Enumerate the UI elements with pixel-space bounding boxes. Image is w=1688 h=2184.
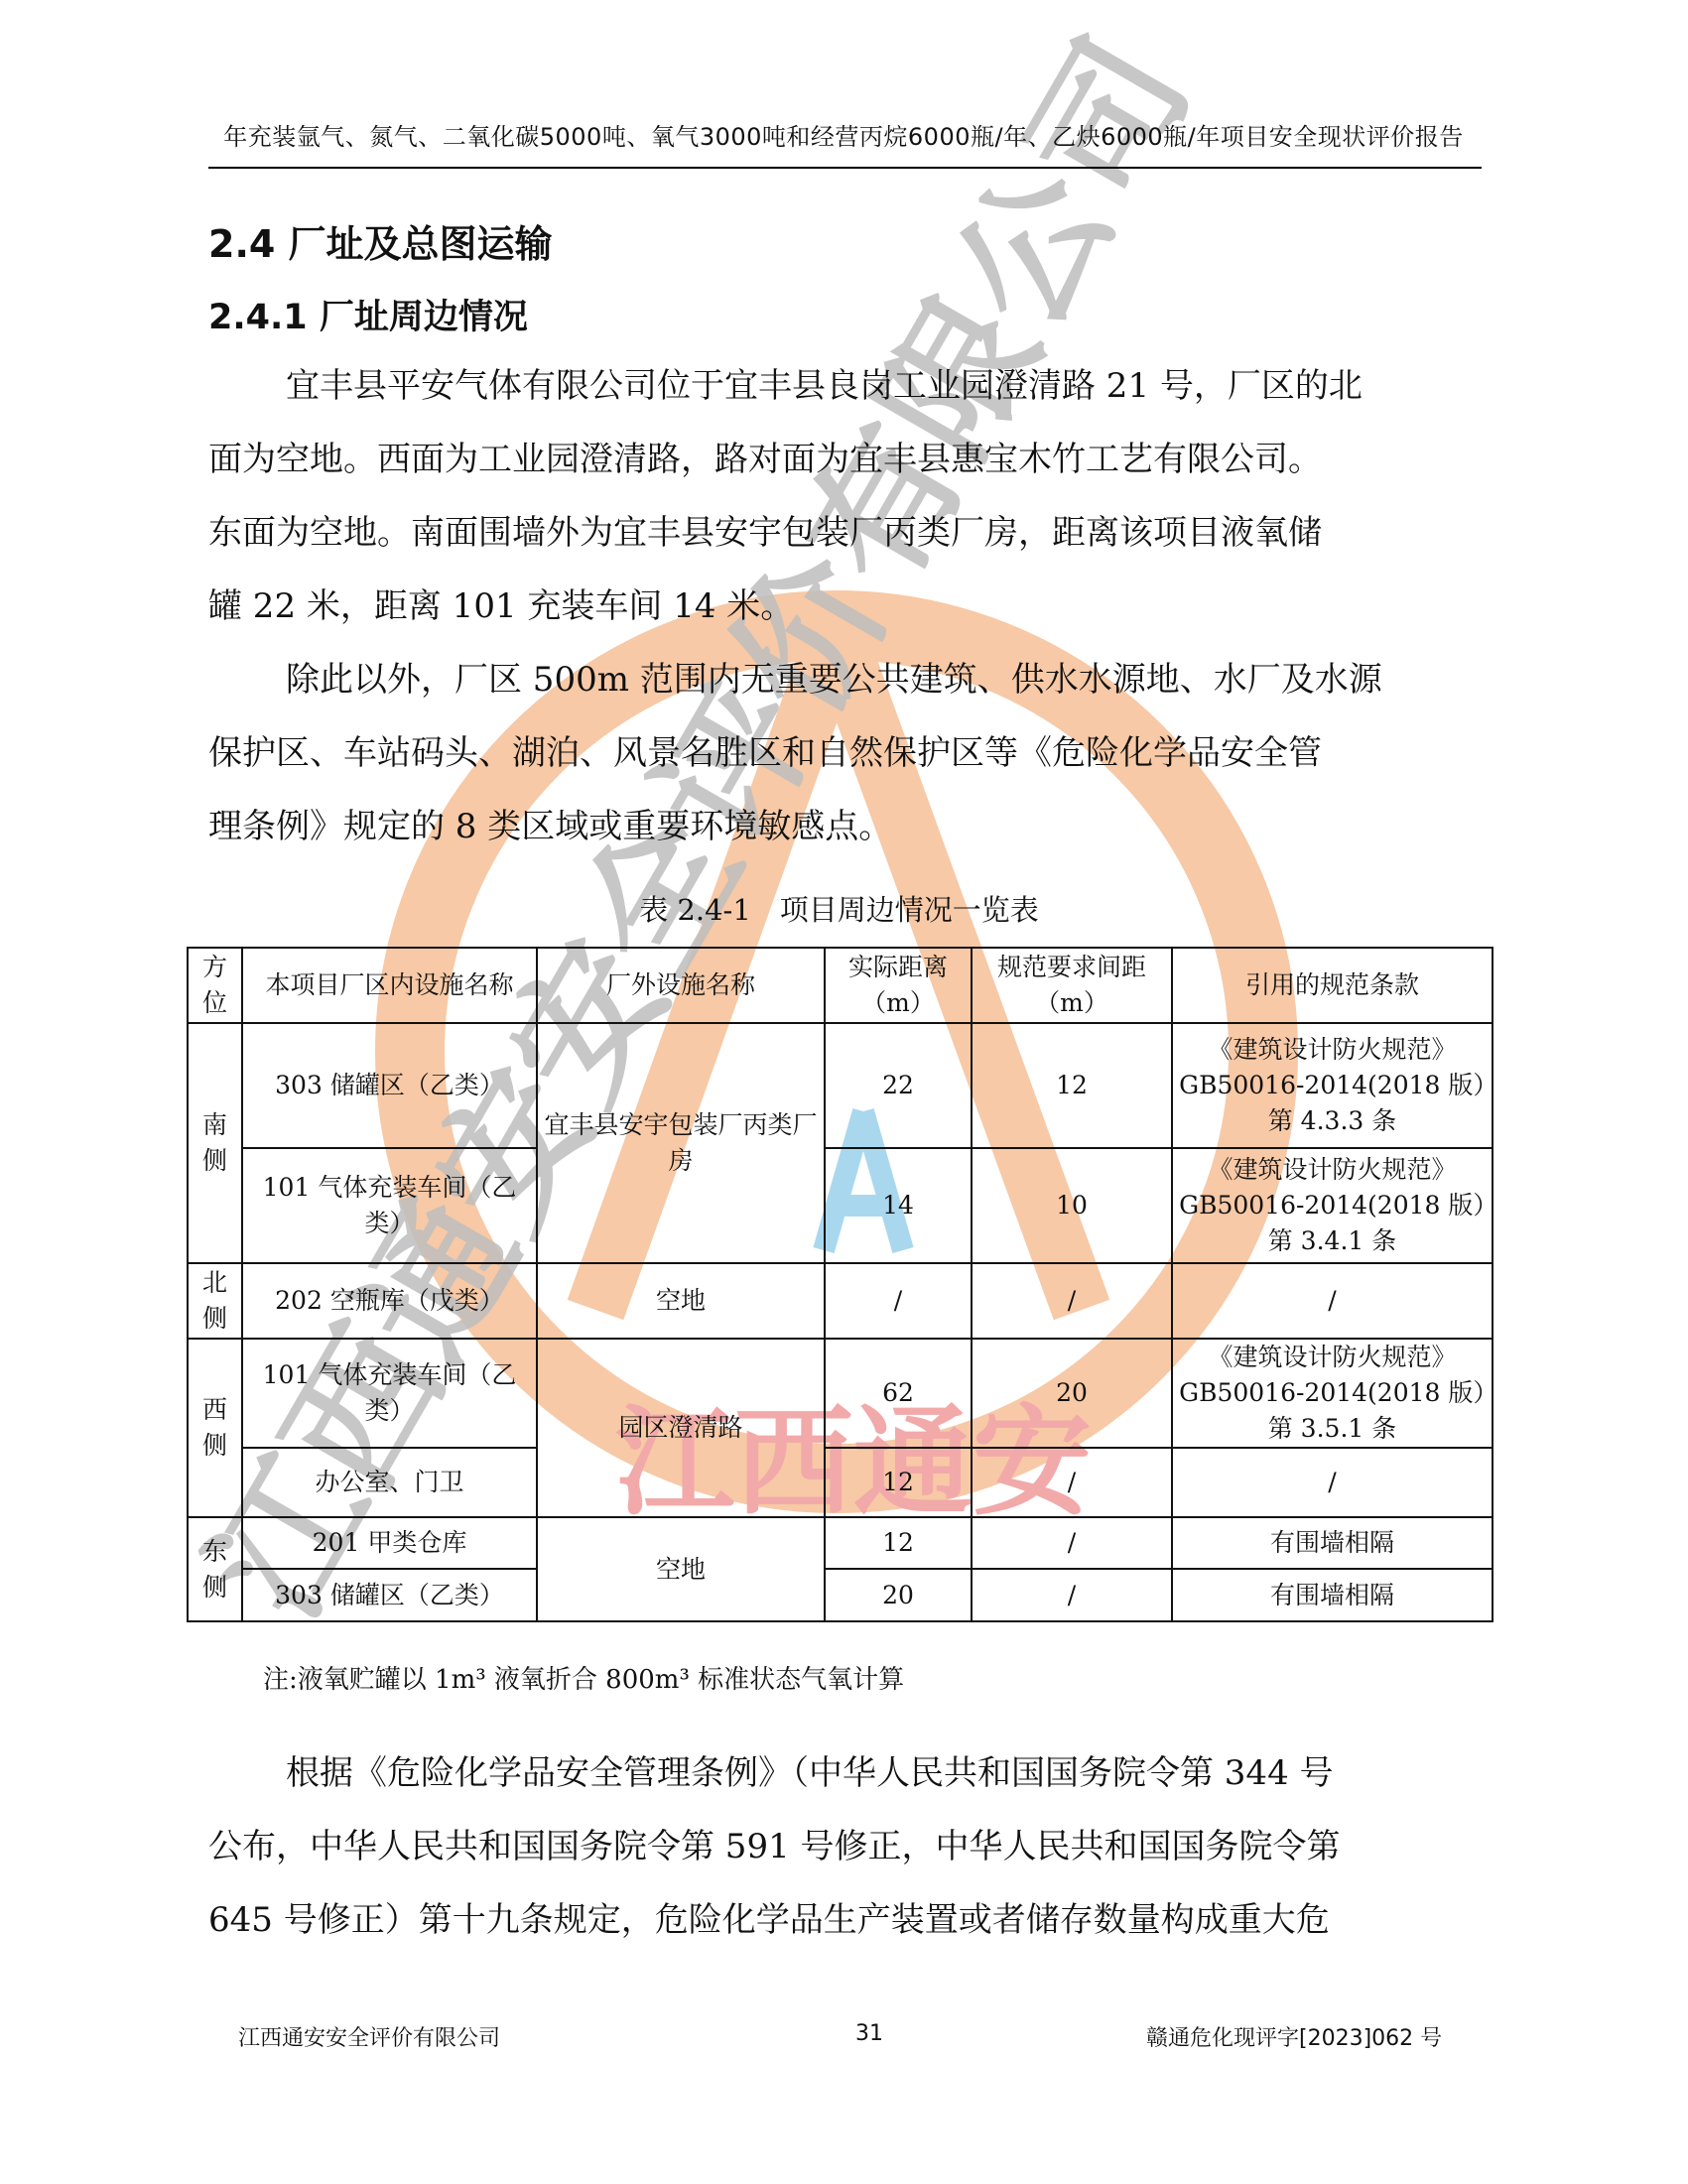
actual-distance-cell: / [825, 1263, 972, 1339]
required-distance-cell: 12 [972, 1023, 1172, 1148]
header-divider [208, 167, 1482, 169]
paragraph-regulation: 根据《危险化学品安全管理条例》（中华人民共和国国务院令第 344 号 公布，中华… [208, 1736, 1489, 1957]
paragraph-site-location: 宜丰县平安气体有限公司位于宜丰县良岗工业园澄清路 21 号，厂区的北 面为空地。… [208, 349, 1489, 643]
required-distance-cell: 10 [972, 1148, 1172, 1263]
footer-company: 江西通安安全评价有限公司 [238, 2021, 500, 2052]
table-row: 西侧 101 气体充装车间（乙类） 园区澄清路 62 20 《建筑设计防火规范》… [188, 1339, 1493, 1448]
outer-facility-cell: 宜丰县安宇包装厂丙类厂房 [537, 1023, 825, 1263]
actual-distance-cell: 22 [825, 1023, 972, 1148]
clause-cell: 《建筑设计防火规范》GB50016-2014(2018 版）第 3.4.1 条 [1172, 1148, 1493, 1263]
paragraph-sensitive-areas: 除此以外，厂区 500m 范围内无重要公共建筑、供水水源地、水厂及水源 保护区、… [208, 643, 1489, 863]
inner-facility-cell: 201 甲类仓库 [242, 1517, 537, 1569]
outer-facility-cell: 空地 [537, 1517, 825, 1621]
section-heading: 2.4 厂址及总图运输 [208, 213, 553, 268]
required-distance-cell: / [972, 1517, 1172, 1569]
outer-facility-cell: 园区澄清路 [537, 1339, 825, 1517]
inner-facility-cell: 101 气体充装车间（乙类） [242, 1339, 537, 1448]
outer-facility-cell: 空地 [537, 1263, 825, 1339]
actual-distance-cell: 14 [825, 1148, 972, 1263]
footer-doc-number: 赣通危化现评字[2023]062 号 [1146, 2021, 1442, 2052]
table-row: 北侧 202 空瓶库（戊类） 空地 / / / [188, 1263, 1493, 1339]
inner-facility-cell: 101 气体充装车间（乙类） [242, 1148, 537, 1263]
inner-facility-cell: 202 空瓶库（戊类） [242, 1263, 537, 1339]
inner-facility-cell: 303 储罐区（乙类） [242, 1569, 537, 1621]
header-actual-distance: 实际距离（m） [825, 948, 972, 1023]
surroundings-table: 方位 本项目厂区内设施名称 厂外设施名称 实际距离（m） 规范要求间距（m） 引… [187, 947, 1493, 1622]
direction-cell: 北侧 [188, 1263, 242, 1339]
clause-cell: / [1172, 1448, 1493, 1517]
table-row: 303 储罐区（乙类） 20 / 有围墙相隔 [188, 1569, 1493, 1621]
required-distance-cell: / [972, 1263, 1172, 1339]
subsection-heading: 2.4.1 厂址周边情况 [208, 290, 528, 339]
table-row: 办公室、门卫 12 / / [188, 1448, 1493, 1517]
header-required-distance: 规范要求间距（m） [972, 948, 1172, 1023]
actual-distance-cell: 20 [825, 1569, 972, 1621]
direction-cell: 东侧 [188, 1517, 242, 1621]
clause-cell: / [1172, 1263, 1493, 1339]
header-cited-clause: 引用的规范条款 [1172, 948, 1493, 1023]
footer-page-number: 31 [855, 2021, 883, 2046]
inner-facility-cell: 办公室、门卫 [242, 1448, 537, 1517]
header-inner-facility: 本项目厂区内设施名称 [242, 948, 537, 1023]
table-row: 南侧 303 储罐区（乙类） 宜丰县安宇包装厂丙类厂房 22 12 《建筑设计防… [188, 1023, 1493, 1148]
required-distance-cell: / [972, 1448, 1172, 1517]
clause-cell: 《建筑设计防火规范》GB50016-2014(2018 版）第 3.5.1 条 [1172, 1339, 1493, 1448]
table-row: 东侧 201 甲类仓库 空地 12 / 有围墙相隔 [188, 1517, 1493, 1569]
direction-cell: 西侧 [188, 1339, 242, 1517]
table-note: 注:液氧贮罐以 1m³ 液氧折合 800m³ 标准状态气氧计算 [263, 1659, 904, 1696]
clause-cell: 《建筑设计防火规范》GB50016-2014(2018 版）第 4.3.3 条 [1172, 1023, 1493, 1148]
header-direction: 方位 [188, 948, 242, 1023]
direction-cell: 南侧 [188, 1023, 242, 1263]
inner-facility-cell: 303 储罐区（乙类） [242, 1023, 537, 1148]
clause-cell: 有围墙相隔 [1172, 1517, 1493, 1569]
table-caption: 表 2.4-1 项目周边情况一览表 [187, 888, 1492, 929]
clause-cell: 有围墙相隔 [1172, 1569, 1493, 1621]
table-header-row: 方位 本项目厂区内设施名称 厂外设施名称 实际距离（m） 规范要求间距（m） 引… [188, 948, 1493, 1023]
header-outer-facility: 厂外设施名称 [537, 948, 825, 1023]
actual-distance-cell: 12 [825, 1448, 972, 1517]
running-header: 年充装氩气、氮气、二氧化碳5000吨、氧气3000吨和经营丙烷6000瓶/年、乙… [149, 117, 1538, 152]
required-distance-cell: 20 [972, 1339, 1172, 1448]
required-distance-cell: / [972, 1569, 1172, 1621]
actual-distance-cell: 12 [825, 1517, 972, 1569]
table-row: 101 气体充装车间（乙类） 14 10 《建筑设计防火规范》GB50016-2… [188, 1148, 1493, 1263]
actual-distance-cell: 62 [825, 1339, 972, 1448]
